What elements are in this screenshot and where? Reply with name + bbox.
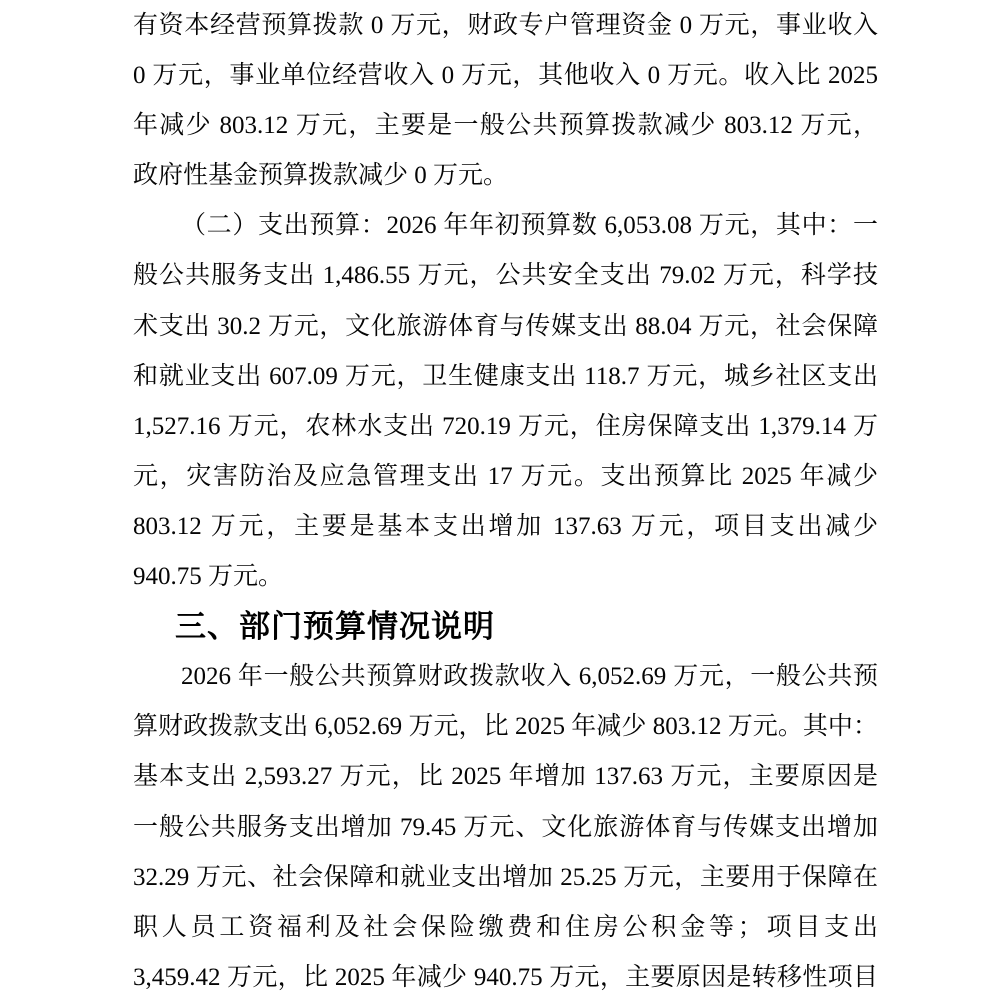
text-line: 般公共服务支出 1,486.55 万元，公共安全支出 79.02 万元，科学技 bbox=[133, 251, 878, 301]
text-line: 算财政拨款支出 6,052.69 万元，比 2025 年减少 803.12 万元… bbox=[133, 702, 878, 752]
text-line: 3,459.42 万元，比 2025 年减少 940.75 万元，主要原因是转移… bbox=[133, 953, 878, 1003]
text-line: 2026 年一般公共预算财政拨款收入 6,052.69 万元，一般公共预 bbox=[133, 652, 878, 702]
text-line: 803.12 万元，主要是基本支出增加 137.63 万元，项目支出减少 bbox=[133, 502, 878, 552]
text-line: 年减少 803.12 万元，主要是一般公共预算拨款减少 803.12 万元， bbox=[133, 101, 878, 151]
text-line: 有资本经营预算拨款 0 万元，财政专户管理资金 0 万元，事业收入 bbox=[133, 1, 878, 51]
text-line: 0 万元，事业单位经营收入 0 万元，其他收入 0 万元。收入比 2025 bbox=[133, 51, 878, 101]
text-line: 32.29 万元、社会保障和就业支出增加 25.25 万元，主要用于保障在 bbox=[133, 853, 878, 903]
text-line: 和就业支出 607.09 万元，卫生健康支出 118.7 万元，城乡社区支出 bbox=[133, 352, 878, 402]
text-line: （二）支出预算：2026 年年初预算数 6,053.08 万元，其中：一 bbox=[133, 201, 878, 251]
text-line: 一般公共服务支出增加 79.45 万元、文化旅游体育与传媒支出增加 bbox=[133, 803, 878, 853]
text-line: 基本支出 2,593.27 万元，比 2025 年增加 137.63 万元，主要… bbox=[133, 752, 878, 802]
text-line: 940.75 万元。 bbox=[133, 552, 878, 602]
text-line: 1,527.16 万元，农林水支出 720.19 万元，住房保障支出 1,379… bbox=[133, 402, 878, 452]
text-line: 职人员工资福利及社会保险缴费和住房公积金等；项目支出 bbox=[133, 903, 878, 953]
text-line: 术支出 30.2 万元，文化旅游体育与传媒支出 88.04 万元，社会保障 bbox=[133, 302, 878, 352]
section-heading: 三、部门预算情况说明 bbox=[133, 602, 878, 652]
document-page: 有资本经营预算拨款 0 万元，财政专户管理资金 0 万元，事业收入0 万元，事业… bbox=[133, 1, 878, 1003]
text-line: 政府性基金预算拨款减少 0 万元。 bbox=[133, 151, 878, 201]
text-line: 元，灾害防治及应急管理支出 17 万元。支出预算比 2025 年减少 bbox=[133, 452, 878, 502]
